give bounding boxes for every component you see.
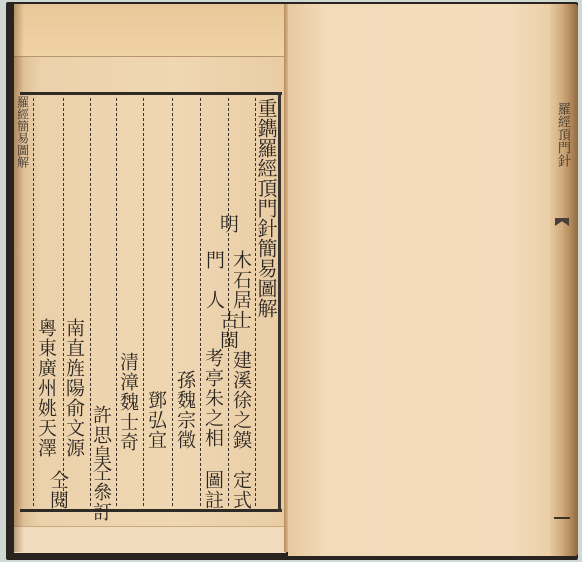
- editor-wei-zongzheng: 孫魏宗徵: [175, 370, 194, 450]
- editor-yao-tianze: 粵東廣州姚天澤: [36, 318, 55, 458]
- editor-zhu-role: 圖註: [203, 470, 222, 510]
- bottom-margin-fold: [14, 526, 286, 553]
- column-divider: [172, 98, 173, 506]
- right-page-blank: [288, 4, 550, 556]
- editor-yao-role: 仝閱: [48, 470, 67, 510]
- column-divider: [33, 98, 34, 506]
- editor-yu-wenyuan: 南直旌陽俞文源: [64, 318, 83, 458]
- stacked-page-edges: 羅經頂門針: [550, 4, 578, 556]
- editor-deng-hongyi: 鄧弘宜: [146, 390, 165, 450]
- book-title: 重鐫羅經頂門針簡易圖解: [256, 98, 276, 318]
- author-dynasty: 明: [218, 214, 237, 234]
- author-role: 門 人: [204, 250, 223, 310]
- edge-title: 羅經頂門針: [556, 102, 569, 167]
- column-divider: [143, 98, 144, 506]
- editor-xu-role: 定式: [231, 470, 250, 510]
- column-divider: [200, 98, 201, 506]
- frame-right-rule: [278, 92, 281, 512]
- editor-xu-role: 仝叅訂: [91, 462, 110, 522]
- fish-tail-mark-icon: [555, 218, 569, 226]
- column-divider: [228, 98, 229, 506]
- editor-xu-sihuang: 許思皇: [91, 405, 110, 465]
- frame-top-rule: [20, 92, 282, 95]
- book-scan: 羅經簡易圖解 重鐫羅經頂門針簡易圖解 明 木石居士 門 人 古閩 建溪徐之鏌 定…: [0, 0, 582, 562]
- bottom-edge-mark: [554, 517, 570, 519]
- editor-wei-shiqi: 清漳魏士奇: [118, 352, 137, 452]
- place-gumin: 古閩: [218, 310, 237, 350]
- top-margin-fold: [14, 4, 286, 57]
- editor-zhu-zhixiang: 考亭朱之相: [203, 348, 222, 448]
- editor-xu-zhimo: 建溪徐之鏌: [231, 350, 250, 450]
